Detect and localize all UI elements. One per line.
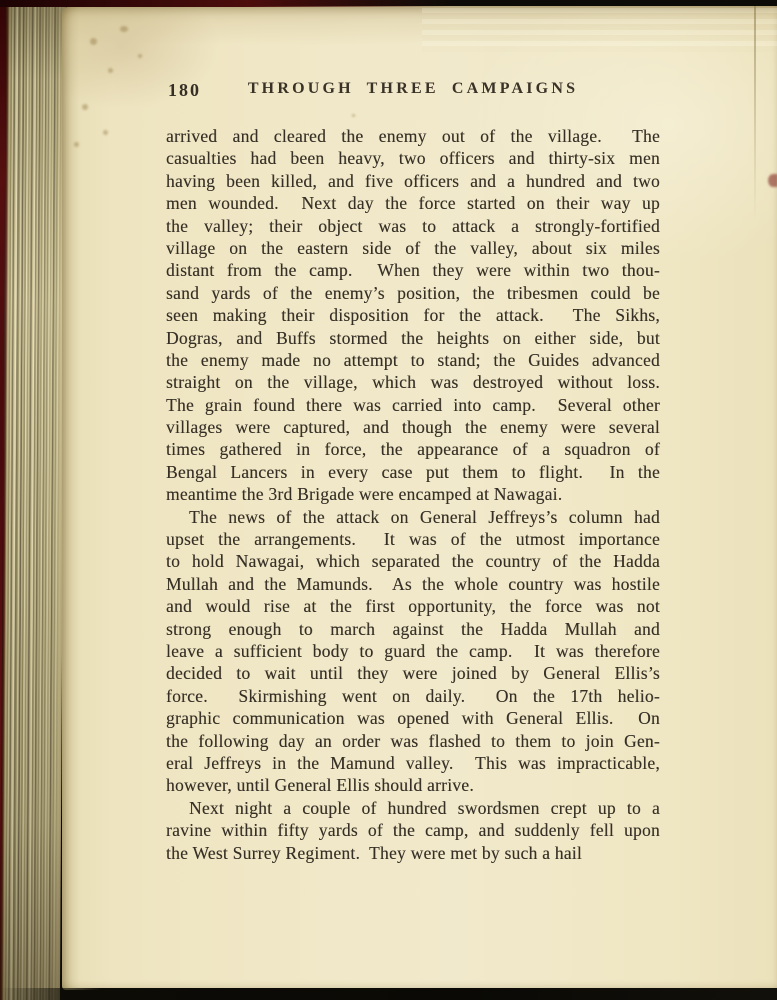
text-line: however, until General Ellis should arri… [166,774,660,796]
text-line: upset the arrangements. It was of the ut… [166,528,660,550]
scanner-light-bands [422,8,777,52]
text-line: the valley; their object was to attack a… [166,215,660,237]
text-line: the West Surrey Regiment. They were met … [166,842,660,864]
foxing-speck [120,26,128,32]
text-line: eral Jeffreys in the Mamund valley. This… [166,752,660,774]
foxing-speck [74,142,79,147]
under-page-edge [754,6,756,221]
text-line: leave a sufficient body to guard the cam… [166,640,660,662]
cover-top-shadow [0,0,450,7]
text-line: men wounded. Next day the force started … [166,192,660,214]
page-header: 180 THROUGH THREE CAMPAIGNS [166,80,660,101]
text-line: strong enough to march against the Hadda… [166,618,660,640]
foxing-speck [90,38,97,45]
text-line: Next night a couple of hundred swordsmen… [166,797,660,819]
page-content: 180 THROUGH THREE CAMPAIGNS arrived and … [166,80,660,864]
text-line: meantime the 3rd Brigade were encamped a… [166,483,660,505]
text-line: the following day an order was flashed t… [166,730,660,752]
scan-bottom-strip [0,988,777,1000]
text-line: times gathered in force, the appearance … [166,438,660,460]
text-line: Bengal Lancers in every case put them to… [166,461,660,483]
foxing-speck [108,68,113,73]
text-line: and would rise at the first opportunity,… [166,595,660,617]
page-edges-stack [0,0,66,1000]
text-line: force. Skirmishing went on daily. On the… [166,685,660,707]
paragraph: arrived and cleared the enemy out of the… [166,125,660,506]
text-line: The grain found there was carried into c… [166,394,660,416]
paragraph: Next night a couple of hundred swordsmen… [166,797,660,864]
book-page: 180 THROUGH THREE CAMPAIGNS arrived and … [62,6,777,990]
scanned-book-photo: 180 THROUGH THREE CAMPAIGNS arrived and … [0,0,777,1000]
page-edge-nick [768,174,777,187]
text-line: ravine within fifty yards of the camp, a… [166,819,660,841]
text-body: arrived and cleared the enemy out of the… [166,125,660,864]
text-line: casualties had been heavy, two officers … [166,147,660,169]
text-line: straight on the village, which was destr… [166,371,660,393]
text-line: distant from the camp. When they were wi… [166,259,660,281]
text-line: The news of the attack on General Jeffre… [166,506,660,528]
text-line: Mullah and the Mamunds. As the whole cou… [166,573,660,595]
page-number: 180 [168,80,201,101]
text-line: seen making their disposition for the at… [166,304,660,326]
text-line: to hold Nawagai, which separated the cou… [166,550,660,572]
text-line: graphic communication was opened with Ge… [166,707,660,729]
text-line: arrived and cleared the enemy out of the… [166,125,660,147]
foxing-speck [138,54,142,58]
text-line: village on the eastern side of the valle… [166,237,660,259]
text-line: decided to wait until they were joined b… [166,662,660,684]
text-line: villages were captured, and though the e… [166,416,660,438]
paragraph: The news of the attack on General Jeffre… [166,506,660,797]
running-header: THROUGH THREE CAMPAIGNS [166,80,660,98]
text-line: sand yards of the enemy’s position, the … [166,282,660,304]
foxing-speck [103,130,108,135]
foxing-speck [82,104,88,110]
text-line: having been killed, and five officers an… [166,170,660,192]
text-line: the enemy made no attempt to stand; the … [166,349,660,371]
text-line: Dogras, and Buffs stormed the heights on… [166,327,660,349]
